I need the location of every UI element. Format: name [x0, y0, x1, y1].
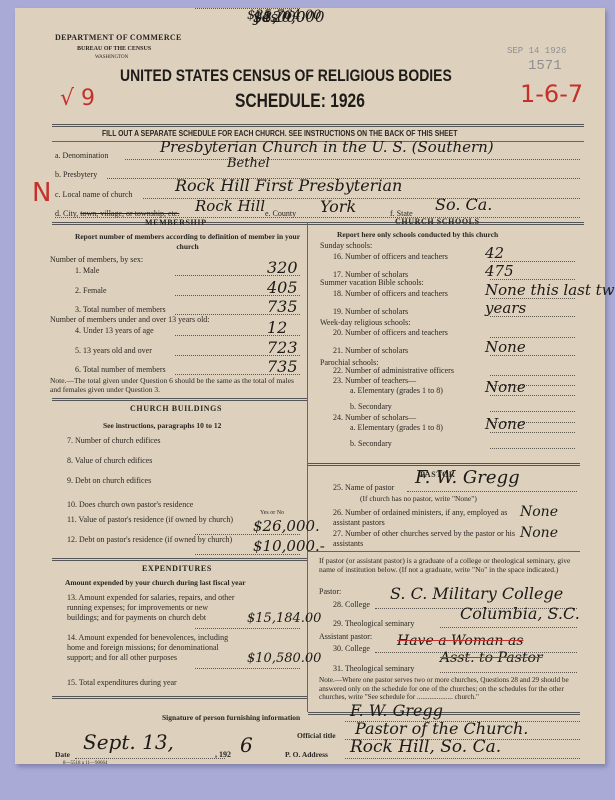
schools-heading: CHURCH SCHOOLS	[395, 217, 480, 226]
seminary-label: 29. Theological seminary	[333, 619, 414, 628]
row-label: 23. Number of teachers—	[333, 376, 416, 385]
official-title-value: Pastor of the Church.	[355, 719, 528, 738]
denomination-label: a. Denomination	[55, 151, 108, 160]
row-label: 3. Total number of members	[75, 305, 166, 314]
census-schedule-form: DEPARTMENT OF COMMERCE BUREAU OF THE CEN…	[15, 8, 605, 764]
buildings-heading: CHURCH BUILDINGS	[130, 404, 222, 413]
pastor-name-value: F. W. Gregg	[415, 467, 520, 488]
row-value: None this last two	[485, 281, 615, 299]
sunday-schools-label: Sunday schools:	[320, 241, 372, 250]
dotted-line	[407, 491, 577, 492]
bureau-label: BUREAU OF THE CENSUS	[77, 46, 151, 52]
dotted-line	[75, 758, 225, 759]
row-label: b. Secondary	[350, 439, 392, 448]
divider	[52, 398, 307, 401]
divider	[308, 551, 580, 552]
row-label: 20. Number of officers and teachers	[333, 328, 448, 337]
state-value: So. Ca.	[435, 195, 492, 214]
year-digit: 6	[240, 733, 253, 757]
row-label: 11. Value of pastor's residence (if owne…	[67, 515, 242, 525]
divider	[52, 558, 307, 561]
year-prefix: , 192	[215, 750, 231, 759]
row-value: None	[485, 338, 526, 356]
assistant-education-label: Assistant pastor:	[319, 632, 372, 641]
row-value: None	[485, 378, 526, 396]
presbytery-label: b. Presbytery	[55, 170, 97, 179]
received-stamp-number: 1571	[528, 58, 562, 74]
row-value: $25,764.00	[247, 8, 321, 23]
form-codes: 8—5518 a 11—90664	[63, 761, 108, 766]
divider	[308, 463, 580, 466]
pastor-name-hint: (If church has no pastor, write "None")	[360, 494, 477, 503]
row-value: None	[485, 415, 526, 433]
city-value: Rock Hill	[195, 197, 265, 215]
divider	[52, 696, 307, 699]
local-name-label: c. Local name of church	[55, 190, 133, 199]
row-label: 10. Does church own pastor's residence	[67, 500, 193, 509]
membership-heading: MEMBERSHIP	[145, 218, 207, 227]
seminary-value: Columbia, S.C.	[460, 604, 580, 623]
asst-college-value: Have a Woman as	[397, 633, 524, 649]
college-label: 28. College	[333, 600, 370, 609]
row-label: 7. Number of church edifices	[67, 436, 161, 445]
divider	[308, 712, 580, 715]
yes-no-hint: Yes or No	[260, 510, 284, 516]
row-label: 12. Debt on pastor's residence (if owned…	[67, 535, 242, 545]
dotted-line	[440, 672, 577, 673]
dotted-line	[490, 448, 575, 449]
row-label: 15. Total expenditures during year	[67, 678, 177, 687]
asst-seminary-value: Asst. to Pastor	[440, 650, 543, 666]
dotted-line	[440, 627, 577, 628]
summer-schools-label: Summer vacation Bible schools:	[320, 278, 424, 287]
pastor-name-label: 25. Name of pastor	[333, 483, 394, 492]
dotted-line	[55, 217, 580, 218]
row-value: years	[485, 299, 526, 317]
row-label: 22. Number of administrative officers	[333, 366, 454, 375]
assistant-pastors-label: 26. Number of ordained ministers, if any…	[333, 508, 533, 528]
row-label: b. Secondary	[350, 402, 392, 411]
denomination-value: Presbyterian Church in the U. S. (Southe…	[160, 138, 494, 156]
row-label: 1. Male	[75, 266, 99, 275]
row-value: 735	[267, 297, 298, 316]
asst-college-label: 30. College	[333, 644, 370, 653]
dotted-line	[345, 758, 580, 759]
red-margin-mark: N	[32, 178, 51, 208]
row-value: $10,000.-	[253, 537, 325, 555]
members-by-sex-label: Number of members, by sex:	[50, 255, 143, 264]
dotted-line	[490, 375, 575, 376]
row-value: 405	[267, 278, 298, 297]
buildings-subheading: See instructions, paragraphs 10 to 12	[103, 421, 221, 430]
other-churches-value: None	[520, 525, 558, 541]
red-code-mark: 1-6-7	[520, 80, 583, 108]
row-label: 17. Number of scholars	[333, 270, 408, 279]
row-label: 13. Amount expended for salaries, repair…	[67, 593, 242, 623]
row-value: 320	[267, 258, 298, 277]
schedule-title: SCHEDULE: 1926	[235, 91, 365, 113]
pastor-note: Note.—Where one pastor serves two or mor…	[319, 676, 577, 702]
city-label: WASHINGTON	[95, 55, 128, 60]
row-value: 475	[485, 262, 514, 280]
dotted-line	[125, 159, 580, 160]
row-value: 735	[267, 357, 298, 376]
expenditures-heading: EXPENDITURES	[142, 564, 212, 573]
membership-subheading: Report number of members according to de…	[70, 232, 305, 252]
row-value: 12	[267, 318, 287, 337]
membership-note: Note.—The total given under Question 6 s…	[50, 376, 302, 394]
row-value: 723	[267, 338, 298, 357]
asst-seminary-label: 31. Theological seminary	[333, 664, 414, 673]
row-label: a. Elementary (grades 1 to 8)	[350, 386, 443, 395]
education-intro: If pastor (or assistant pastor) is a gra…	[319, 556, 577, 574]
received-stamp-date: SEP 14 1926	[507, 46, 566, 56]
signature-value: F. W. Gregg	[350, 701, 443, 720]
row-label: 16. Number of officers and teachers	[333, 252, 448, 261]
other-churches-label: 27. Number of other churches served by t…	[333, 529, 533, 549]
presbytery-value: Bethel	[227, 156, 270, 171]
college-value: S. C. Military College	[390, 584, 563, 603]
po-address-value: Rock Hill, So. Ca.	[350, 737, 501, 757]
divider	[52, 124, 584, 127]
members-by-age-label: Number of members under and over 13 year…	[50, 315, 210, 324]
row-label: 6. Total number of members	[75, 365, 166, 374]
row-label: 14. Amount expended for benevolences, in…	[67, 633, 242, 663]
pastor-education-label: Pastor:	[319, 587, 341, 596]
row-label: 24. Number of scholars—	[333, 413, 416, 422]
weekday-schools-label: Week-day religious schools:	[320, 318, 410, 327]
expenditures-subheading: Amount expended by your church during la…	[65, 578, 246, 587]
red-check-mark: √ 9	[60, 86, 95, 111]
row-label: 9. Debt on church edifices	[67, 476, 151, 485]
po-address-label: P. O. Address	[285, 750, 328, 759]
local-name-value: Rock Hill First Presbyterian	[175, 176, 402, 195]
dotted-line	[490, 411, 575, 412]
county-value: York	[320, 197, 356, 216]
divider	[52, 222, 584, 225]
row-value: 42	[485, 244, 504, 262]
instruction-banner: FILL OUT A SEPARATE SCHEDULE FOR EACH CH…	[102, 129, 457, 138]
row-label: a. Elementary (grades 1 to 8)	[350, 423, 443, 432]
official-title-label: Official title	[297, 731, 336, 740]
row-label: 21. Number of scholars	[333, 346, 408, 355]
assistant-pastors-value: None	[520, 504, 558, 520]
row-label: 19. Number of scholars	[333, 307, 408, 316]
date-label: Date	[55, 750, 70, 759]
date-value: Sept. 13,	[83, 730, 174, 754]
column-divider	[307, 222, 308, 712]
row-label: 4. Under 13 years of age	[75, 326, 154, 335]
department-label: DEPARTMENT OF COMMERCE	[55, 33, 182, 42]
row-value: $26,000.	[253, 517, 320, 535]
form-title: UNITED STATES CENSUS OF RELIGIOUS BODIES	[120, 66, 452, 86]
row-label: 2. Female	[75, 286, 107, 295]
row-label: 5. 13 years old and over	[75, 346, 152, 355]
row-label: 8. Value of church edifices	[67, 456, 152, 465]
schools-subheading: Report here only schools conducted by th…	[337, 230, 498, 239]
row-label: 18. Number of officers and teachers	[333, 289, 448, 298]
dotted-line	[195, 628, 300, 629]
dotted-line	[195, 668, 300, 669]
signature-label: Signature of person furnishing informati…	[162, 713, 300, 722]
row-value: $10,580.00	[247, 651, 321, 666]
row-value: $15,184.00	[247, 611, 321, 626]
